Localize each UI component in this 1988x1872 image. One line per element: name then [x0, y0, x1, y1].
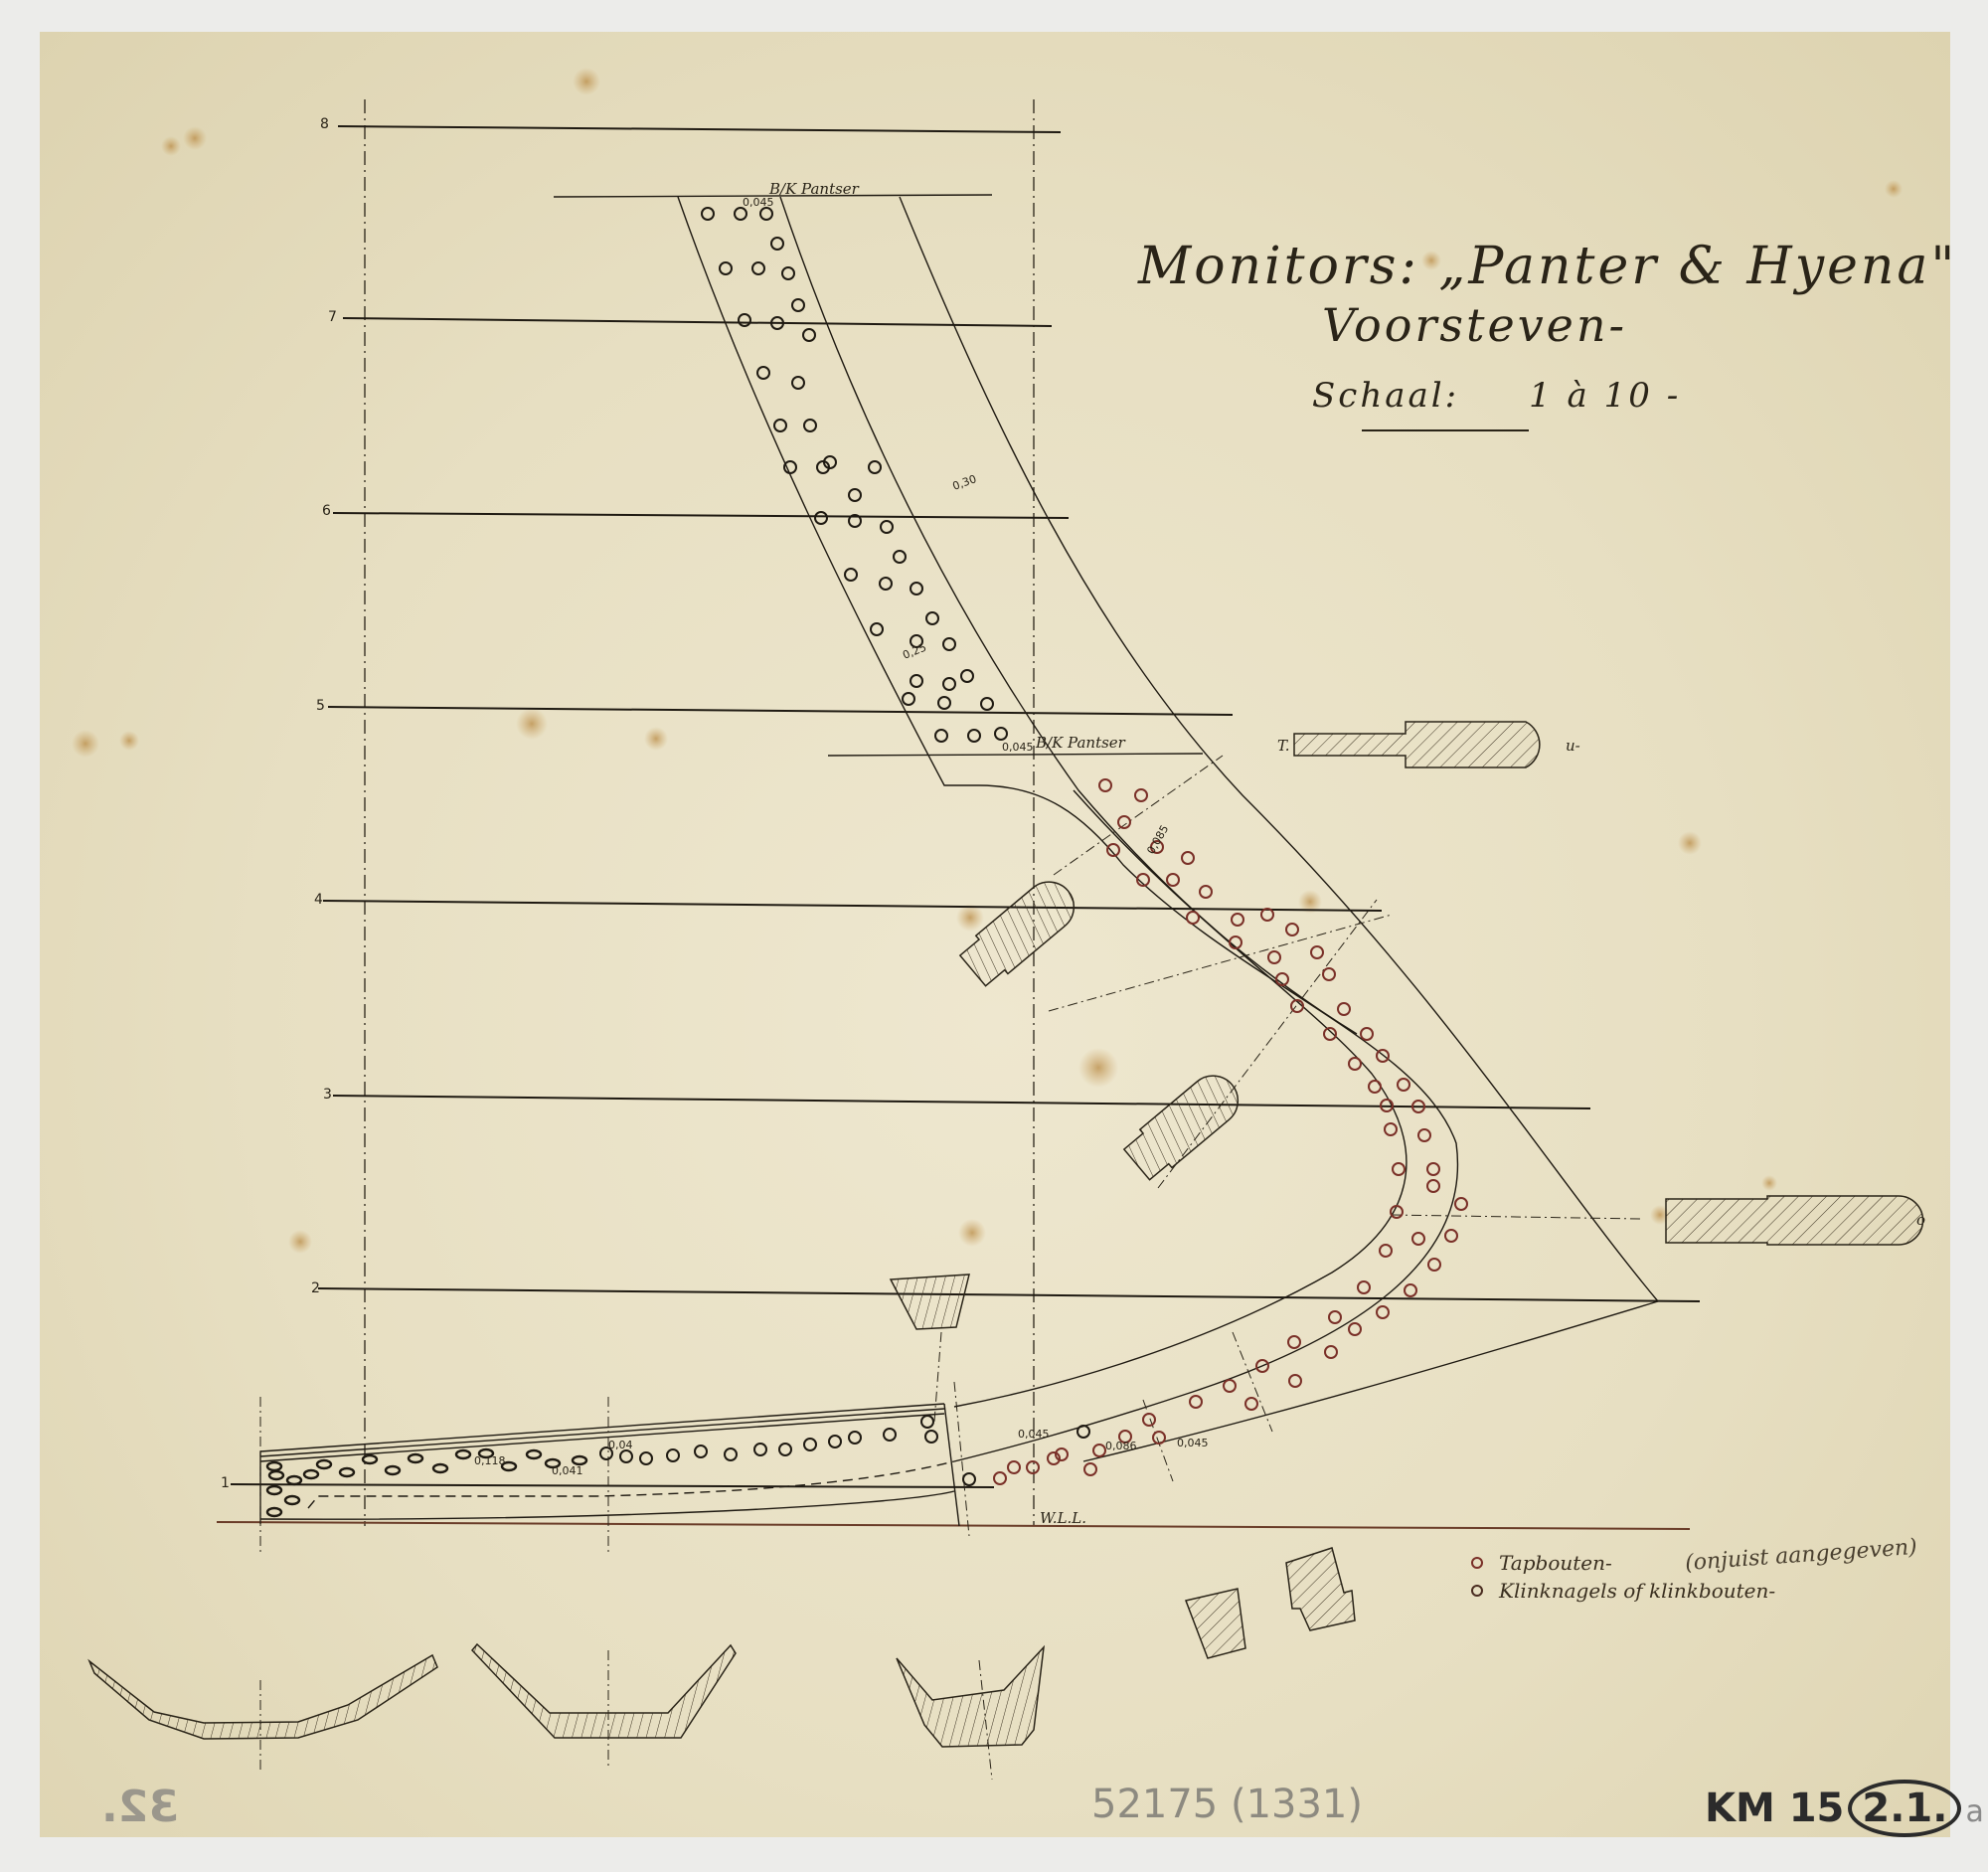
- section-cut-lines: [260, 756, 1640, 1780]
- section-a-b: [89, 1655, 437, 1739]
- svg-text:B/K Pantser: B/K Pantser: [1035, 734, 1126, 752]
- circled-code: 2.1.: [1848, 1780, 1961, 1837]
- drawing-scale: Schaal:1 à 10 -: [1312, 376, 1681, 416]
- archive-code: KM 152.1.a: [1705, 1780, 1984, 1837]
- red-circle-icon: [1471, 1557, 1483, 1569]
- svg-text:T.: T.: [1277, 737, 1290, 755]
- svg-text:W.L.L.: W.L.L.: [1040, 1509, 1086, 1527]
- station-8: 8: [320, 116, 329, 132]
- svg-text:0,30: 0,30: [951, 472, 978, 493]
- station-1: 1: [221, 1475, 230, 1491]
- svg-text:0,04: 0,04: [608, 1439, 633, 1451]
- drawing-title: Monitors: „Panter & Hyena": [1138, 237, 1957, 296]
- rivets-slotted: [267, 1449, 586, 1516]
- section-h-g: [891, 1275, 969, 1329]
- svg-text:0,25: 0,25: [901, 641, 928, 662]
- station-2: 2: [311, 1280, 320, 1296]
- keel-outline: [260, 1404, 1988, 1526]
- svg-text:o: o: [1916, 1211, 1925, 1229]
- section-e-f: [897, 1647, 1044, 1747]
- section-c-d: [472, 1644, 736, 1738]
- section-k-f: [1186, 1589, 1245, 1658]
- dimension-labels: 0,30 0,25 0,045 0,045 0,045 0,045 0,086 …: [474, 180, 1209, 1527]
- scale-value: 1 à 10 -: [1529, 376, 1681, 416]
- section-n-o: o: [1666, 1196, 1925, 1245]
- svg-text:u-: u-: [1566, 737, 1580, 755]
- svg-text:0,085: 0,085: [1144, 823, 1171, 857]
- section-s-t: [957, 872, 1084, 990]
- legend-item-klinknagels: Klinknagels of klinkbouten-: [1471, 1577, 1775, 1605]
- section-t-u: T. u-: [1277, 722, 1580, 767]
- svg-text:0,086: 0,086: [1105, 1440, 1137, 1452]
- black-circle-icon: [1471, 1585, 1483, 1597]
- svg-text:B/K Pantser: B/K Pantser: [768, 180, 860, 198]
- sheet-number: 32.: [101, 1782, 179, 1832]
- scale-label: Schaal:: [1312, 376, 1459, 416]
- scale-underline: [1362, 429, 1529, 431]
- svg-text:0,045: 0,045: [1002, 741, 1034, 754]
- station-5: 5: [316, 698, 325, 714]
- legend: Tapbouten- Klinknagels of klinkbouten- (…: [1471, 1549, 1775, 1605]
- station-4: 4: [314, 892, 323, 908]
- station-3: 3: [323, 1087, 332, 1103]
- section-m-l: [1286, 1548, 1355, 1630]
- svg-text:0,045: 0,045: [1177, 1437, 1209, 1449]
- drawing-subtitle: Voorsteven-: [1322, 298, 1627, 352]
- station-6: 6: [322, 503, 331, 519]
- svg-text:0,118: 0,118: [474, 1454, 506, 1467]
- keel-base-line: [217, 1522, 1690, 1529]
- section-p-q: [1121, 1066, 1248, 1184]
- inventory-number: 52175 (1331): [1091, 1782, 1363, 1827]
- station-7: 7: [328, 309, 337, 325]
- svg-text:0,045: 0,045: [1018, 1428, 1050, 1441]
- svg-text:0,041: 0,041: [552, 1464, 583, 1477]
